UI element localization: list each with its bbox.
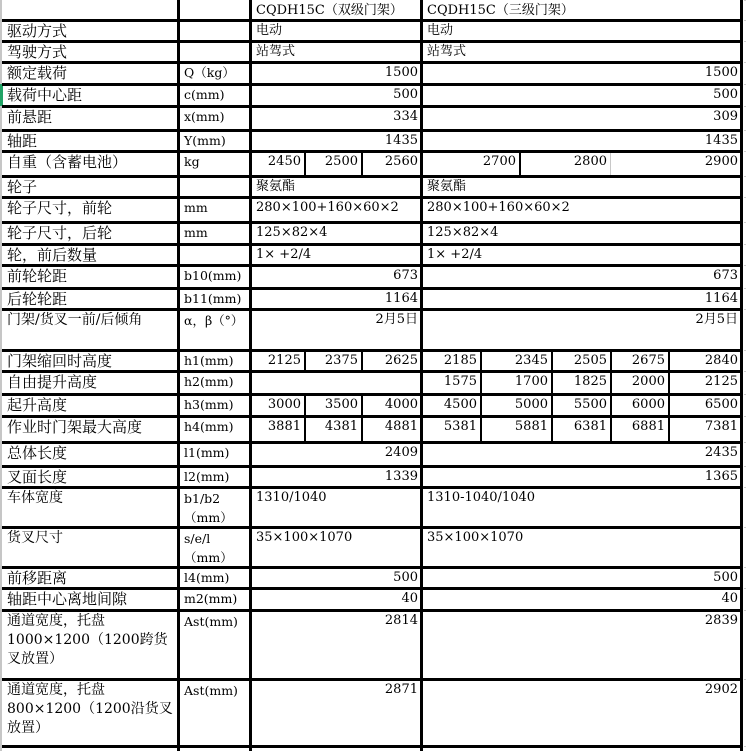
row-border [2,587,743,590]
value-double[interactable]: 125×82×4 [253,224,421,244]
column-border [740,0,743,751]
value-double-3[interactable]: 2560 [364,153,421,176]
row-unit[interactable]: Q（kg） [181,64,250,84]
row-label[interactable]: 叉面长度 [3,468,178,487]
row-border [2,83,743,86]
row-unit[interactable]: b10(mm) [181,267,250,288]
row-unit[interactable]: b1/b2（mm） [181,489,250,527]
row-unit[interactable]: mm [181,199,250,222]
cell-divider [480,416,482,442]
value-double[interactable]: 2871 [253,681,421,746]
row-border [2,61,743,64]
value-triple[interactable]: 电动 [424,22,741,41]
row-label[interactable]: 自重（含蓄电池） [3,153,178,176]
value-triple[interactable]: 1× +2/4 [424,246,741,265]
row-label[interactable]: 轮子尺寸，前轮 [3,199,178,222]
value-triple[interactable]: 673 [424,267,741,288]
row-unit[interactable]: l2(mm) [181,468,250,487]
row-label[interactable]: 轴距中心离地间隙 [3,590,178,610]
value-triple-3[interactable]: 1825 [554,373,610,394]
value-double[interactable]: 673 [253,267,421,288]
value-triple-2[interactable]: 1700 [483,373,551,394]
value-triple[interactable]: 1310-1040/1040 [424,489,741,527]
value-double[interactable]: 40 [253,590,421,610]
cell-divider [304,151,306,176]
value-double-2[interactable]: 2375 [307,352,361,371]
row-label[interactable]: 作业时门架最大高度 [3,418,178,442]
row-unit[interactable]: m2(mm) [181,590,250,610]
value-triple-2[interactable]: 2800 [522,153,610,176]
value-double[interactable]: 2409 [253,444,421,466]
column-border [420,0,423,751]
value-double[interactable]: 站驾式 [253,43,421,62]
row-unit[interactable]: kg [181,153,250,176]
value-triple-1[interactable]: 1575 [424,373,480,394]
row-unit[interactable] [181,178,250,197]
value-double-2[interactable]: 2500 [307,153,361,176]
value-triple-1[interactable]: 5381 [424,418,480,442]
row-border [2,486,743,489]
cell-divider [519,151,521,176]
value-double[interactable]: 500 [253,569,421,588]
row-label[interactable]: 总体长度 [3,444,178,466]
value-double[interactable]: 1× +2/4 [253,246,421,265]
row-border [2,526,743,529]
value-double-1[interactable]: 3881 [253,418,304,442]
cell-divider [480,350,482,371]
cell-divider [610,350,612,371]
row-border [2,370,743,373]
value-triple[interactable]: 1435 [424,132,741,151]
row-label[interactable]: 轮子尺寸，后轮 [3,224,178,244]
value-double-1[interactable]: 2450 [253,153,304,176]
row-unit[interactable]: x(mm) [181,108,250,130]
cell-divider [668,416,670,442]
cell-divider [668,394,670,416]
row-border [2,264,743,267]
row-label[interactable]: 门架/货叉一前/后倾角 [3,311,178,350]
row-border [2,349,743,352]
cell-divider [668,371,670,394]
value-triple[interactable]: 2902 [424,681,741,746]
row-unit[interactable]: α，β（°） [181,311,250,350]
value-triple[interactable]: 1164 [424,290,741,309]
cell-divider [304,394,306,416]
value-double[interactable]: 聚氨酯 [253,178,421,197]
row-border [2,745,743,748]
row-unit[interactable]: l1(mm) [181,444,250,466]
value-triple-4[interactable]: 2000 [613,373,668,394]
row-label[interactable]: 后轮轮距 [3,290,178,309]
value-triple[interactable]: 125×82×4 [424,224,741,244]
value-triple[interactable]: 500 [424,86,741,106]
cell-divider [551,394,553,416]
value-double[interactable]: 1339 [253,468,421,487]
value-double[interactable]: 1435 [253,132,421,151]
value-double[interactable]: 2814 [253,612,421,679]
row-label[interactable]: 前轮轮距 [3,267,178,288]
row-unit[interactable] [181,43,250,62]
row-unit[interactable] [181,246,250,265]
value-double[interactable]: 334 [253,108,421,130]
row-unit[interactable]: h1(mm) [181,352,250,371]
spreadsheet-grid: CQDH15C（双级门架）CQDH15C（三级门架）驱动方式电动电动驾驶方式站驾… [0,0,746,751]
value-triple-5[interactable]: 7381 [671,418,741,442]
row-label[interactable]: 驾驶方式 [3,43,178,62]
row-label[interactable]: 车体宽度 [3,489,178,527]
value-triple-5[interactable]: 2125 [671,373,741,394]
row-unit[interactable]: h2(mm) [181,373,250,394]
row-label[interactable]: 驱动方式 [3,22,178,41]
value-double-3[interactable]: 4000 [364,396,421,416]
row-border [2,19,743,22]
value-triple-4[interactable]: 6881 [613,418,668,442]
row-border [2,175,743,178]
value-triple-3[interactable]: 2900 [613,153,741,176]
row-border [2,441,743,444]
cell-divider [610,394,612,416]
value-triple[interactable]: 聚氨酯 [424,178,741,197]
value-triple[interactable]: 2839 [424,612,741,679]
row-border [2,287,743,290]
value-double[interactable]: 1164 [253,290,421,309]
value-triple-1[interactable]: 2700 [424,153,519,176]
value-double[interactable]: 500 [253,86,421,106]
row-border [2,129,743,132]
row-unit[interactable]: Ast(mm) [181,612,250,679]
cell-divider [361,416,363,442]
value-triple[interactable]: 2435 [424,444,741,466]
row-border [2,221,743,224]
row-border [2,40,743,43]
row-unit[interactable]: h4(mm) [181,418,250,442]
row-unit[interactable]: Y(mm) [181,132,250,151]
cell-divider [551,371,553,394]
header-model-double[interactable]: CQDH15C（双级门架） [253,2,421,20]
row-unit[interactable]: b11(mm) [181,290,250,309]
value-triple[interactable]: 35×100×1070 [424,529,741,567]
row-unit[interactable]: Ast(mm) [181,681,250,746]
row-label[interactable]: 门架缩回时高度 [3,352,178,371]
cell-divider [361,394,363,416]
header-model-triple[interactable]: CQDH15C（三级门架） [424,2,741,20]
row-border [2,105,743,108]
value-double[interactable]: 280×100+160×60×2 [253,199,421,222]
sheet-left-edge [0,0,2,751]
value-triple[interactable]: 站驾式 [424,43,741,62]
value-double-3[interactable]: 2625 [364,352,421,371]
row-border [2,308,743,311]
cell-divider [480,371,482,394]
row-border [2,678,743,681]
row-unit[interactable]: s/e/l（mm） [181,529,250,567]
cell-divider [551,350,553,371]
value-triple-3[interactable]: 6381 [554,418,610,442]
value-triple[interactable]: 40 [424,590,741,610]
row-label[interactable]: 前移距离 [3,569,178,588]
cell-divider [610,371,612,394]
cell-gridline [610,151,611,176]
value-triple[interactable]: 500 [424,569,741,588]
value-triple-1[interactable]: 4500 [424,396,480,416]
value-double[interactable]: 1310/1040 [253,489,421,527]
value-triple-2[interactable]: 5881 [483,418,551,442]
row-unit[interactable]: c(mm) [181,86,250,106]
row-border [2,465,743,468]
value-double[interactable]: 35×100×1070 [253,529,421,567]
value-triple-3[interactable]: 5500 [554,396,610,416]
row-label[interactable]: 额定载荷 [3,64,178,84]
row-label[interactable]: 自由提升高度 [3,373,178,394]
row-border [2,243,743,246]
row-border [2,609,743,612]
value-double-1[interactable]: 3000 [253,396,304,416]
row-label[interactable]: 载荷中心距 [3,86,178,106]
cell-divider [551,416,553,442]
row-unit[interactable] [181,22,250,41]
row-label[interactable]: 轮子 [3,178,178,197]
cell-divider [361,350,363,371]
value-double[interactable]: 2月5日 [253,311,421,350]
value-triple-2[interactable]: 2345 [483,352,551,371]
value-double-2[interactable]: 3500 [307,396,361,416]
column-border [177,0,180,751]
row-label[interactable]: 通道宽度，托盘1000×1200（1200跨货叉放置） [3,612,178,679]
row-label[interactable]: 通道宽度，托盘800×1200（1200沿货叉放置） [3,681,178,746]
value-triple[interactable]: 2月5日 [424,311,741,350]
column-border [249,0,252,751]
cell-divider [304,350,306,371]
row-border [2,393,743,396]
value-triple[interactable]: 1500 [424,64,741,84]
value-triple-1[interactable]: 2185 [424,352,480,371]
value-triple-4[interactable]: 2675 [613,352,668,371]
value-triple[interactable]: 1365 [424,468,741,487]
value-double[interactable] [253,373,421,394]
value-double[interactable]: 1500 [253,64,421,84]
row-border [2,566,743,569]
row-border [2,150,743,153]
row-border [2,415,743,418]
value-double-3[interactable]: 4881 [364,418,421,442]
value-triple-2[interactable]: 5000 [483,396,551,416]
row-label[interactable]: 货叉尺寸 [3,529,178,567]
row-label[interactable]: 轮，前后数量 [3,246,178,265]
value-double-2[interactable]: 4381 [307,418,361,442]
value-triple-4[interactable]: 6000 [613,396,668,416]
value-triple[interactable]: 309 [424,108,741,130]
cell-divider [668,350,670,371]
value-double-1[interactable]: 2125 [253,352,304,371]
cell-divider [304,416,306,442]
value-triple-5[interactable]: 6500 [671,396,741,416]
value-triple-3[interactable]: 2505 [554,352,610,371]
row-unit[interactable]: h3(mm) [181,396,250,416]
cell-divider [610,416,612,442]
row-unit[interactable]: l4(mm) [181,569,250,588]
cell-divider [480,394,482,416]
value-triple[interactable]: 280×100+160×60×2 [424,199,741,222]
value-triple-5[interactable]: 2840 [671,352,741,371]
row-label[interactable]: 前悬距 [3,108,178,130]
row-label[interactable]: 轴距 [3,132,178,151]
cell-divider [361,151,363,176]
value-double[interactable]: 电动 [253,22,421,41]
row-border [2,196,743,199]
row-label[interactable]: 起升高度 [3,396,178,416]
row-unit[interactable]: mm [181,224,250,244]
